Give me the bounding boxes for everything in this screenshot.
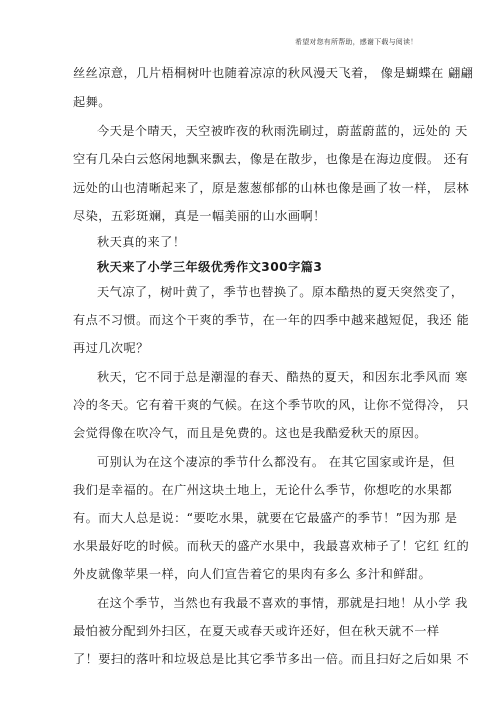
text-line: 远处的山也清晰起来了，原是葱葱郁郁的山林也像是画了妆一样， 层林	[73, 180, 433, 196]
text-line: 空有几朵白云悠闲地飘来飘去，像是在散步，也像是在海边度假。 还有	[73, 151, 433, 167]
text-line: 有点不习惯。而这个干爽的季节，在一年的四季中越来越短促，我还 能	[73, 312, 433, 328]
text-line: 冷的冬天。它有着干爽的气候。在这个季节吹的风，让你不觉得冷， 只	[73, 397, 433, 413]
text-line: 外皮就像苹果一样，向人们宣告着它的果肉有多么 多汁和鲜甜。	[73, 566, 433, 582]
text-line: 了！要扫的落叶和垃圾总是比其它季节多出一倍。而且扫好之后如果 不	[73, 651, 433, 667]
text-line: 在这个季节，当然也有我最不喜欢的事情，那就是扫地！从小学 我	[97, 595, 455, 611]
text-line: 水果最好吃的时候。而秋天的盛产水果中，我最喜欢柿子了！它红 红的	[73, 538, 433, 554]
text-line: 起舞。	[73, 94, 433, 110]
text-line: 秋天，它不同于总是潮湿的春天、酷热的夏天，和因东北季风而 寒	[97, 369, 455, 385]
header-note: 希望对您有所帮助，感谢下载与阅读！	[295, 37, 417, 47]
text-line: 丝丝凉意，几片梧桐树叶也随着凉凉的秋风漫天飞着， 像是蝴蝶在 翩翩	[73, 65, 433, 81]
text-line: 秋天真的来了！	[97, 234, 455, 250]
text-line: 有。而大人总是说：“要吃水果，就要在它最盛产的季节！”因为那 是	[73, 510, 433, 526]
text-line: 最怕被分配到外扫区，在夏天或春天或许还好，但在秋天就不一样	[73, 623, 433, 639]
text-line: 天气凉了，树叶黄了，季节也替换了。原本酷热的夏天突然变了，	[97, 284, 455, 300]
text-line: 尽染，五彩斑斓，真是一幅美丽的山水画啊！	[73, 208, 433, 224]
text-line: 再过几次呢？	[73, 340, 433, 356]
text-line: 会觉得像在吹冷气，而且是免费的。这也是我酷爱秋天的原因。	[73, 425, 433, 441]
text-line: 我们是幸福的。在广州这块土地上，无论什么季节，你想吃的水果都	[73, 482, 433, 498]
text-line: 今天是个晴天，天空被昨夜的秋雨洗刷过，蔚蓝蔚蓝的，远处的 天	[97, 123, 455, 139]
section-heading: 秋天来了小学三年级优秀作文300字篇3	[97, 259, 455, 275]
text-line: 可别认为在这个凄凉的季节什么都没有。 在其它国家或许是，但	[97, 454, 455, 470]
